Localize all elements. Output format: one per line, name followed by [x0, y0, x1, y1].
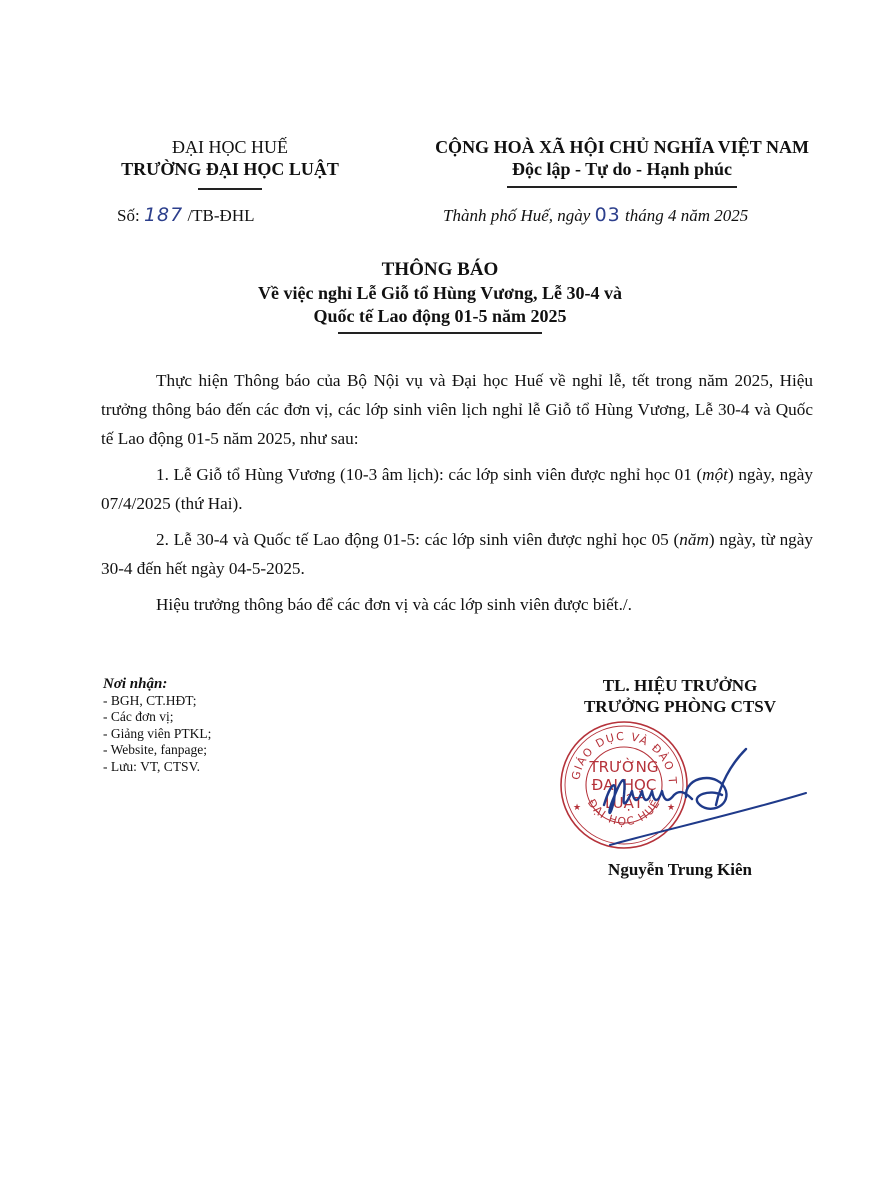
item-1-emphasis: một: [702, 465, 728, 484]
recipient-item: - Lưu: VT, CTSV.: [103, 759, 211, 776]
header-left-underline: [198, 188, 262, 190]
closing-paragraph: Hiệu trưởng thông báo để các đơn vị và c…: [101, 590, 813, 619]
document-number: Số: 187 /TB-ĐHL: [117, 204, 255, 227]
document-number-handwritten: 187: [144, 204, 183, 226]
parent-organization: ĐẠI HỌC HUẾ: [80, 136, 380, 158]
recipient-item: - Giảng viên PTKL;: [103, 726, 211, 743]
handwritten-signature-icon: [600, 745, 810, 850]
signature-position: TRƯỞNG PHÒNG CTSV: [540, 696, 820, 717]
item-1-text: 1. Lễ Giỗ tổ Hùng Vương (10-3 âm lịch): …: [156, 465, 702, 484]
body-item-2: 2. Lễ 30-4 và Quốc tế Lao động 01-5: các…: [101, 525, 813, 583]
svg-text:★: ★: [573, 803, 581, 813]
signature-title-block: TL. HIỆU TRƯỞNG TRƯỞNG PHÒNG CTSV: [540, 675, 820, 717]
national-motto: Độc lập - Tự do - Hạnh phúc: [412, 158, 832, 180]
intro-paragraph: Thực hiện Thông báo của Bộ Nội vụ và Đại…: [101, 366, 813, 453]
document-type: THÔNG BÁO: [140, 258, 740, 282]
recipients-label: Nơi nhận:: [103, 676, 211, 693]
subject-line-1: Về việc nghỉ Lễ Giỗ tổ Hùng Vương, Lễ 30…: [140, 282, 740, 305]
signature-authority: TL. HIỆU TRƯỞNG: [540, 675, 820, 696]
country-name: CỘNG HOÀ XÃ HỘI CHỦ NGHĨA VIỆT NAM: [412, 136, 832, 158]
recipient-item: - Các đơn vị;: [103, 709, 211, 726]
document-number-suffix: /TB-ĐHL: [187, 206, 254, 225]
place-date: Thành phố Huế, ngày 03 tháng 4 năm 2025: [443, 204, 748, 227]
place-date-suffix: tháng 4 năm 2025: [625, 206, 748, 225]
recipients-block: Nơi nhận: - BGH, CT.HĐT; - Các đơn vị; -…: [103, 676, 211, 775]
title-underline: [338, 332, 542, 334]
header-right-underline: [507, 186, 737, 188]
document-body: Thực hiện Thông báo của Bộ Nội vụ và Đại…: [101, 366, 813, 626]
national-header: CỘNG HOÀ XÃ HỘI CHỦ NGHĨA VIỆT NAM Độc l…: [412, 136, 832, 188]
date-day-handwritten: 03: [595, 204, 621, 226]
recipients-list: - BGH, CT.HĐT; - Các đơn vị; - Giảng viê…: [103, 693, 211, 776]
signer-name: Nguyễn Trung Kiên: [540, 860, 820, 880]
place-date-prefix: Thành phố Huế, ngày: [443, 206, 590, 225]
subject-line-2: Quốc tế Lao động 01-5 năm 2025: [140, 305, 740, 328]
issuing-organization: ĐẠI HỌC HUẾ TRƯỜNG ĐẠI HỌC LUẬT: [80, 136, 380, 190]
body-item-1: 1. Lễ Giỗ tổ Hùng Vương (10-3 âm lịch): …: [101, 460, 813, 518]
document-number-prefix: Số:: [117, 206, 140, 225]
document-title: THÔNG BÁO Về việc nghỉ Lễ Giỗ tổ Hùng Vư…: [140, 258, 740, 334]
recipient-item: - Website, fanpage;: [103, 742, 211, 759]
item-2-emphasis: năm: [679, 530, 709, 549]
recipient-item: - BGH, CT.HĐT;: [103, 693, 211, 710]
item-2-text: 2. Lễ 30-4 và Quốc tế Lao động 01-5: các…: [156, 530, 679, 549]
organization-name: TRƯỜNG ĐẠI HỌC LUẬT: [80, 158, 380, 180]
